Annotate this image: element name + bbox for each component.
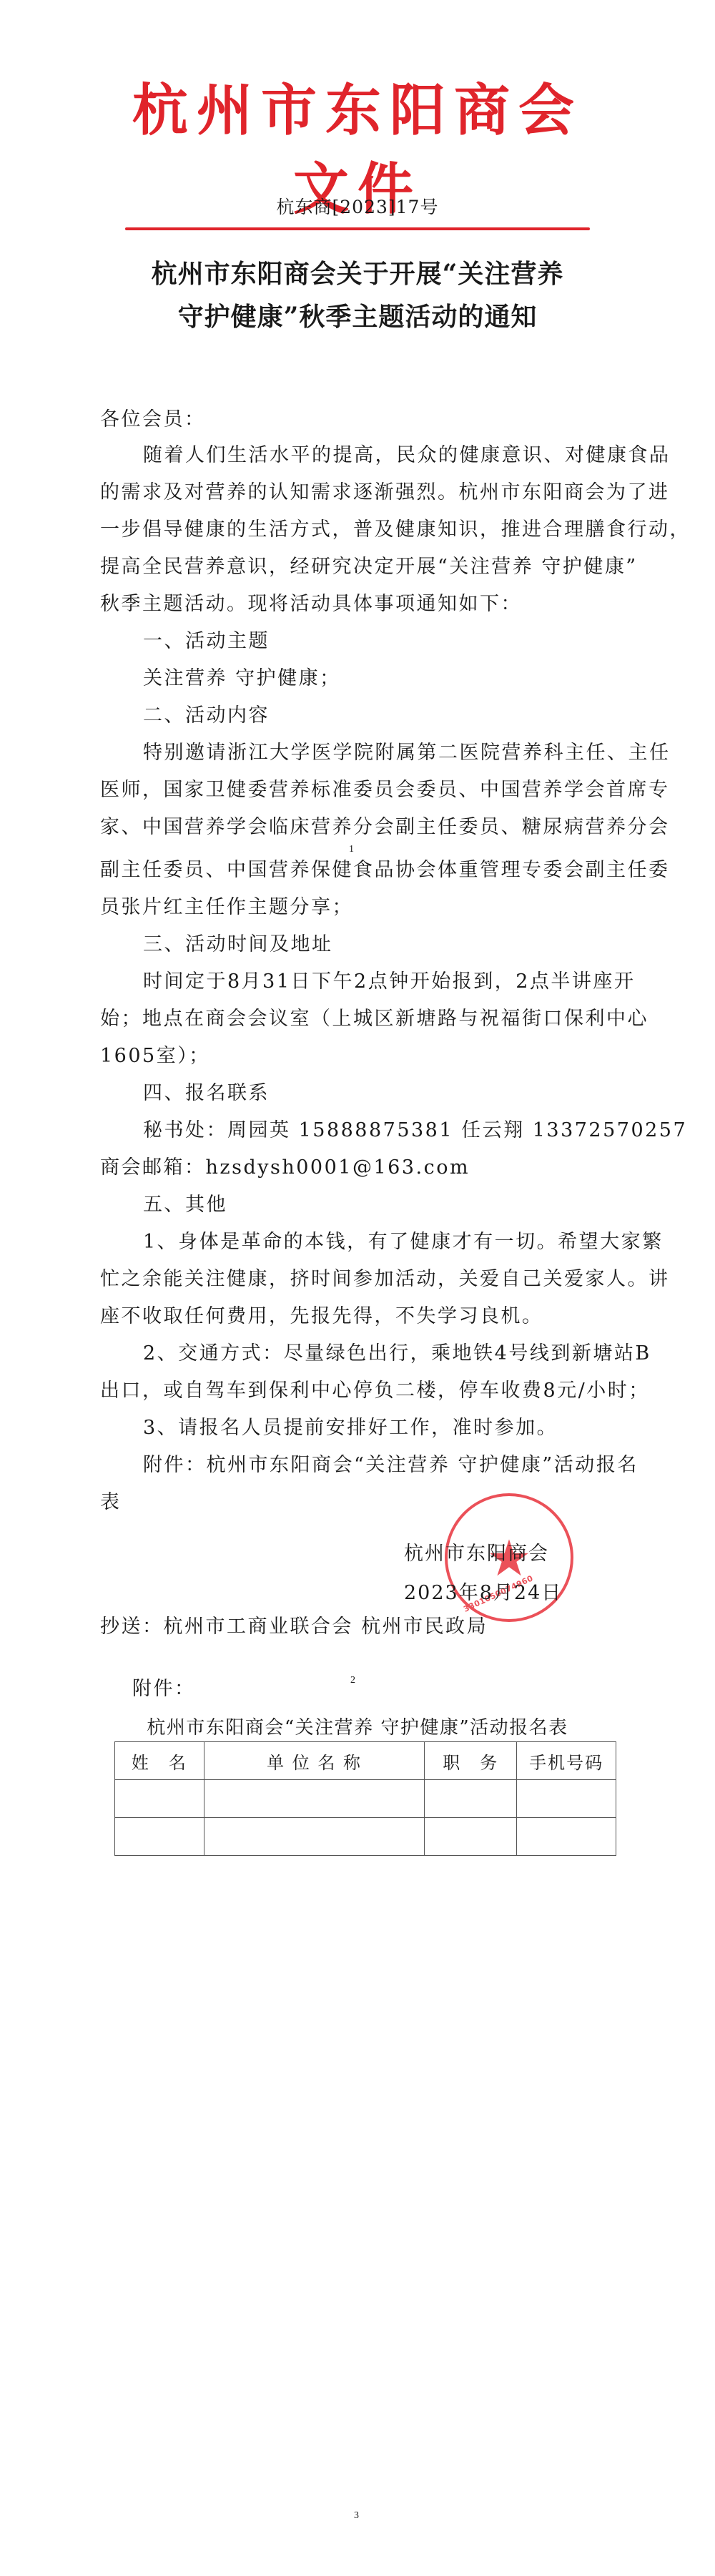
attachment-note-line: 附件：杭州市东阳商会“关注营养 守护健康”活动报名: [143, 1453, 658, 1478]
section-4-heading: 四、报名联系: [143, 1081, 658, 1106]
section-2-line: 特别邀请浙江大学医学院附属第二医院营养科主任、主任: [143, 741, 658, 765]
intro-line: 的需求及对营养的认知需求逐渐强烈。杭州市东阳商会为了进: [100, 481, 615, 505]
red-divider: [125, 227, 590, 230]
section-5-item-2-line: 出口，或自驾车到保利中心停负二楼，停车收费8元/小时；: [100, 1379, 615, 1403]
table-row: [115, 1780, 616, 1818]
cc-line: 抄送：杭州市工商业联合会 杭州市民政局: [100, 1615, 615, 1639]
section-2-line: 副主任委员、中国营养保健食品协会体重管理专委会副主任委: [100, 858, 615, 883]
page-number-1: 1: [349, 844, 354, 855]
table-row: [115, 1818, 616, 1856]
cell-phone[interactable]: [517, 1818, 616, 1856]
section-3-line: 始；地点在商会会议室（上城区新塘路与祝福街口保利中心: [100, 1007, 615, 1031]
attachment-title: 杭州市东阳商会“关注营养 守护健康”活动报名表: [0, 1713, 715, 1739]
section-1-text: 关注营养 守护健康；: [143, 667, 658, 691]
cell-position[interactable]: [425, 1780, 517, 1818]
cell-name[interactable]: [115, 1780, 204, 1818]
notice-title-line2: 守护健康”秋季主题活动的通知: [86, 297, 629, 337]
section-2-line: 家、中国营养学会临床营养分会副主任委员、糖尿病营养分会: [100, 815, 615, 840]
cell-position[interactable]: [425, 1818, 517, 1856]
cell-organization[interactable]: [204, 1780, 424, 1818]
cell-phone[interactable]: [517, 1780, 616, 1818]
section-5-heading: 五、其他: [143, 1193, 658, 1217]
cell-name[interactable]: [115, 1818, 204, 1856]
notice-title-line1: 杭州市东阳商会关于开展“关注营养: [86, 254, 629, 294]
section-5-item-3: 3、请报名人员提前安排好工作，准时参加。: [143, 1416, 658, 1440]
section-1-heading: 一、活动主题: [143, 629, 658, 654]
salutation: 各位会员：: [100, 408, 615, 432]
section-5-item-2-line: 2、交通方式：尽量绿色出行，乘地铁4号线到新塘站B: [143, 1342, 658, 1366]
signature-date: 2023年8月24日: [404, 1577, 562, 1605]
section-2-line: 医师，国家卫健委营养标准委员会委员、中国营养学会首席专: [100, 778, 615, 802]
header-phone: 手机号码: [517, 1742, 616, 1780]
table-header-row: 姓 名 单 位 名 称 职 务 手机号码: [115, 1742, 616, 1780]
cell-organization[interactable]: [204, 1818, 424, 1856]
intro-line: 提高全民营养意识，经研究决定开展“关注营养 守护健康”: [100, 555, 615, 579]
header-organization: 单 位 名 称: [204, 1742, 424, 1780]
header-name: 姓 名: [115, 1742, 204, 1780]
attachment-label: 附件：: [132, 1677, 647, 1701]
section-2-heading: 二、活动内容: [143, 704, 658, 728]
registration-table: 姓 名 单 位 名 称 职 务 手机号码: [114, 1741, 616, 1856]
section-3-line: 时间定于8月31日下午2点钟开始报到，2点半讲座开: [143, 970, 658, 994]
intro-line: 秋季主题活动。现将活动具体事项通知如下：: [100, 592, 615, 616]
document-number: 杭东商[2023]17号: [0, 193, 715, 219]
section-5-item-1-line: 座不收取任何费用，先报先得，不失学习良机。: [100, 1304, 615, 1329]
header-position: 职 务: [425, 1742, 517, 1780]
signature-org: 杭州市东阳商会: [404, 1538, 549, 1565]
page-number-3: 3: [354, 2510, 359, 2522]
section-5-item-1-line: 1、身体是革命的本钱，有了健康才有一切。希望大家繁: [143, 1230, 658, 1254]
section-4-contact: 秘书处：周园英 15888875381 任云翔 13372570257: [143, 1119, 658, 1143]
section-2-line: 员张片红主任作主题分享；: [100, 895, 615, 920]
section-5-item-1-line: 忙之余能关注健康，挤时间参加活动，关爱自己关爱家人。讲: [100, 1267, 615, 1292]
section-3-line: 1605室）；: [100, 1044, 615, 1068]
section-4-email[interactable]: 商会邮箱：hzsdysh0001@163.com: [100, 1156, 615, 1180]
intro-line: 随着人们生活水平的提高，民众的健康意识、对健康食品: [143, 443, 658, 468]
intro-line: 一步倡导健康的生活方式，普及健康知识，推进合理膳食行动，: [100, 518, 615, 542]
section-3-heading: 三、活动时间及地址: [143, 933, 658, 957]
